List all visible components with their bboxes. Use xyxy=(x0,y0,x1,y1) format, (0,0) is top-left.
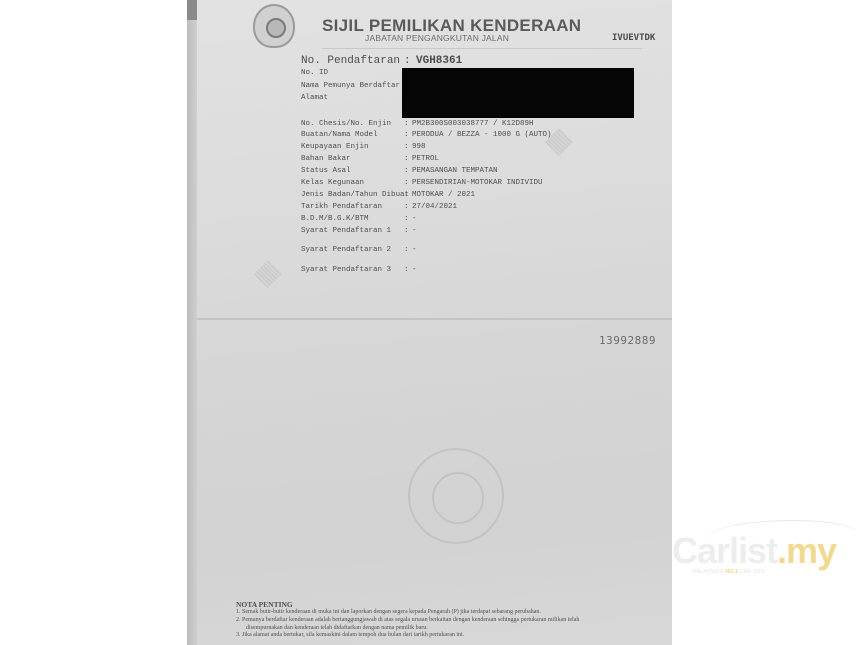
binder-edge xyxy=(187,0,197,645)
header-divider xyxy=(322,48,642,49)
registration-colon: : xyxy=(404,55,411,67)
field-value: 27/04/2021 xyxy=(412,203,457,211)
field-label: Syarat Pendaftaran 1 xyxy=(301,227,391,235)
field-label: Kelas Kegunaan xyxy=(301,179,364,187)
watermark-tagline: MALAYSIA'S NO.1 CAR SITE xyxy=(692,569,765,575)
field-value: MOTOKAR / 2021 xyxy=(412,191,475,199)
binder-tab xyxy=(187,0,197,20)
field-value: - xyxy=(412,215,417,223)
jpj-crest-icon xyxy=(253,4,295,48)
watermark-brand: Carlist xyxy=(672,530,777,571)
field-colon: : xyxy=(404,266,409,274)
security-code: IVUEVTDK xyxy=(612,33,655,43)
notes-item: disempurnakan dan kenderaan telah didaft… xyxy=(236,625,666,633)
field-label: Nama Pemunya Berdaftar xyxy=(301,82,400,90)
field-value: PETROL xyxy=(412,155,439,163)
registration-label: No. Pendaftaran xyxy=(301,55,400,67)
notes-item: 1. Semak butir-butir kenderaan di muka i… xyxy=(236,609,666,617)
field-label: Alamat xyxy=(301,94,328,102)
field-label: Keupayaan Enjin xyxy=(301,143,369,151)
notes-title: NOTA PENTING xyxy=(236,600,666,609)
field-colon: : xyxy=(404,131,409,139)
field-label: B.D.M/B.G.K/BTM xyxy=(301,215,369,223)
field-label: Tarikh Pendaftaran xyxy=(301,203,382,211)
field-value: PEMASANGAN TEMPATAN xyxy=(412,167,498,175)
carlist-watermark: Carlist.my MALAYSIA'S NO.1 CAR SITE xyxy=(672,528,860,588)
embossed-seal-icon xyxy=(408,448,504,544)
field-colon: : xyxy=(404,246,409,254)
field-colon: : xyxy=(404,120,409,128)
field-colon: : xyxy=(404,143,409,151)
field-colon: : xyxy=(404,179,409,187)
redaction-box xyxy=(402,68,634,118)
tagline-prefix: MALAYSIA'S xyxy=(692,569,724,575)
field-value: PERSENDIRIAN-MOTOKAR INDIVIDU xyxy=(412,179,543,187)
field-colon: : xyxy=(404,155,409,163)
field-colon: : xyxy=(404,191,409,199)
watermark-tld: .my xyxy=(777,530,836,571)
field-value: - xyxy=(412,246,417,254)
field-value: PM2B300S003038777 / K12D89H xyxy=(412,120,534,128)
field-value: PERODUA / BEZZA - 1000 G (AUTO) xyxy=(412,131,552,139)
field-label: Buatan/Nama Model xyxy=(301,131,378,139)
field-colon: : xyxy=(404,215,409,223)
field-label: Bahan Bakar xyxy=(301,155,351,163)
important-notes: NOTA PENTING 1. Semak butir-butir kender… xyxy=(236,600,666,640)
document-issuer: JABATAN PENGANGKUTAN JALAN xyxy=(365,33,509,43)
paper-fold-line xyxy=(197,318,672,320)
tagline-highlight: NO.1 xyxy=(725,569,738,575)
field-colon: : xyxy=(404,167,409,175)
notes-item: 3. Jika alamat anda bertukar, sila kemas… xyxy=(236,632,666,640)
field-label: Syarat Pendaftaran 3 xyxy=(301,266,391,274)
field-value: - xyxy=(412,227,417,235)
field-label: Status Asal xyxy=(301,167,351,175)
tagline-suffix: CAR SITE xyxy=(740,569,765,575)
field-label: Syarat Pendaftaran 2 xyxy=(301,246,391,254)
field-label: No. ID xyxy=(301,69,328,77)
serial-number: 13992889 xyxy=(599,334,656,347)
field-colon: : xyxy=(404,227,409,235)
field-label: Jenis Badan/Tahun Dibuat xyxy=(301,191,409,199)
field-label: No. Chesis/No. Enjin xyxy=(301,120,391,128)
field-value: - xyxy=(412,266,417,274)
field-colon: : xyxy=(404,203,409,211)
field-value: 998 xyxy=(412,143,426,151)
registration-number: VGH8361 xyxy=(416,55,462,67)
notes-item: 2. Pemunya berdaftar kenderaan adalah be… xyxy=(236,617,666,625)
